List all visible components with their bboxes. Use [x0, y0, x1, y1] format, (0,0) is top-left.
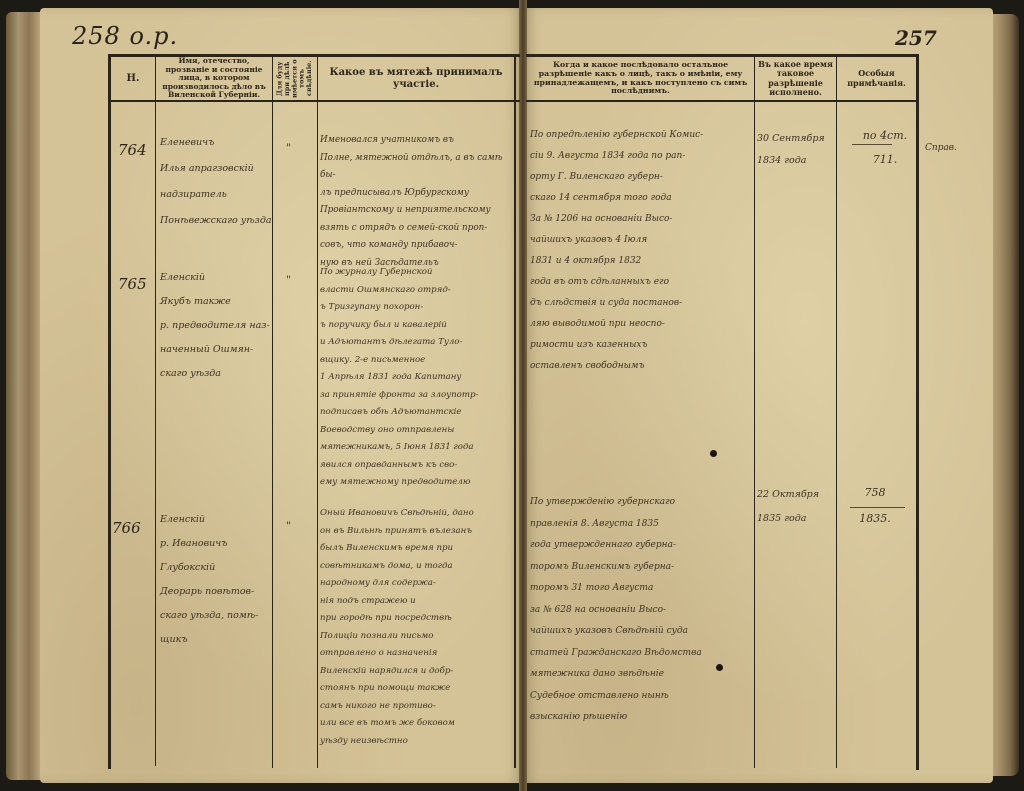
book-gutter	[519, 0, 527, 791]
header-col-role: Какое въ мятежѣ принималъ участіе.	[319, 57, 513, 100]
col-divider-2	[272, 56, 273, 768]
header-col-notes: Особыя примѣчанія.	[838, 57, 915, 100]
row-766-exec-time: 22 Октября 1835 года	[757, 483, 835, 531]
row-766-case-mark: "	[286, 518, 291, 536]
row-766-notes-fraction-bar	[850, 507, 905, 508]
open-ledger-book: 258 o.p. 257 Н. Имя, отечество, прозвані…	[0, 0, 1024, 791]
row-764-person: Еленевичъ Илья апрагзовскій надзиратель …	[160, 130, 272, 234]
row-764-number: 764	[118, 142, 147, 160]
ink-blot	[716, 664, 723, 671]
row-766-decision: По утвержденію губернскаго правленія 8. …	[530, 492, 754, 729]
col-divider-7	[916, 54, 919, 770]
row-766-person: Еленскій р. Ивановичъ Глубокскій Деорарь…	[160, 508, 272, 652]
folio-number-left: 258 o.p.	[72, 22, 178, 50]
col-divider-5	[754, 56, 755, 768]
row-765-number: 765	[118, 276, 147, 294]
header-col-person: Имя, отечество, прозваніе и состояніе ли…	[157, 57, 271, 100]
row-766-notes: 758 1835.	[840, 480, 910, 532]
row-764-role: Именовался учатникомъ въ Полне, мятежной…	[320, 132, 515, 272]
ink-blot	[710, 450, 717, 457]
row-764-notes-fraction-bar	[852, 144, 892, 145]
header-col-exec-time: Въ какое время таковое разрѣшеніе исполн…	[756, 57, 835, 100]
col-divider-3	[317, 56, 318, 768]
row-765-role: По журналу Губернской власти Ошмянскаго …	[320, 264, 515, 492]
row-764-case-mark: "	[286, 140, 291, 158]
header-bottom-rule-right	[526, 100, 918, 102]
row-764-margin-note: Справ.	[925, 140, 957, 158]
folio-number-right: 257	[895, 26, 937, 50]
row-765-case-mark: "	[286, 272, 291, 290]
col-divider-6	[836, 56, 837, 768]
row-764-decision: По опредѣленію губернской Комис- сіи 9. …	[530, 125, 754, 377]
col-divider-0	[108, 54, 111, 769]
row-765-person: Еленскій Якубъ также р. предводителя наз…	[160, 266, 272, 386]
row-764-notes: по 4ст. 711.	[855, 124, 915, 172]
header-col-case: Для буду при дѣлѣ имѣется о томъ свѣдѣні…	[274, 58, 316, 99]
row-766-role: Оный Ивановичъ Свѣдѣній, дано он въ Виль…	[320, 505, 515, 750]
header-col-decision: Когда и какое послѣдовало остальное разр…	[528, 57, 753, 100]
row-764-exec-time: 30 Сентября 1834 года	[757, 128, 835, 172]
row-766-number: 766	[112, 520, 141, 538]
header-bottom-rule-left	[110, 100, 520, 102]
col-divider-1	[155, 56, 156, 766]
header-col-num: Н.	[111, 57, 155, 100]
